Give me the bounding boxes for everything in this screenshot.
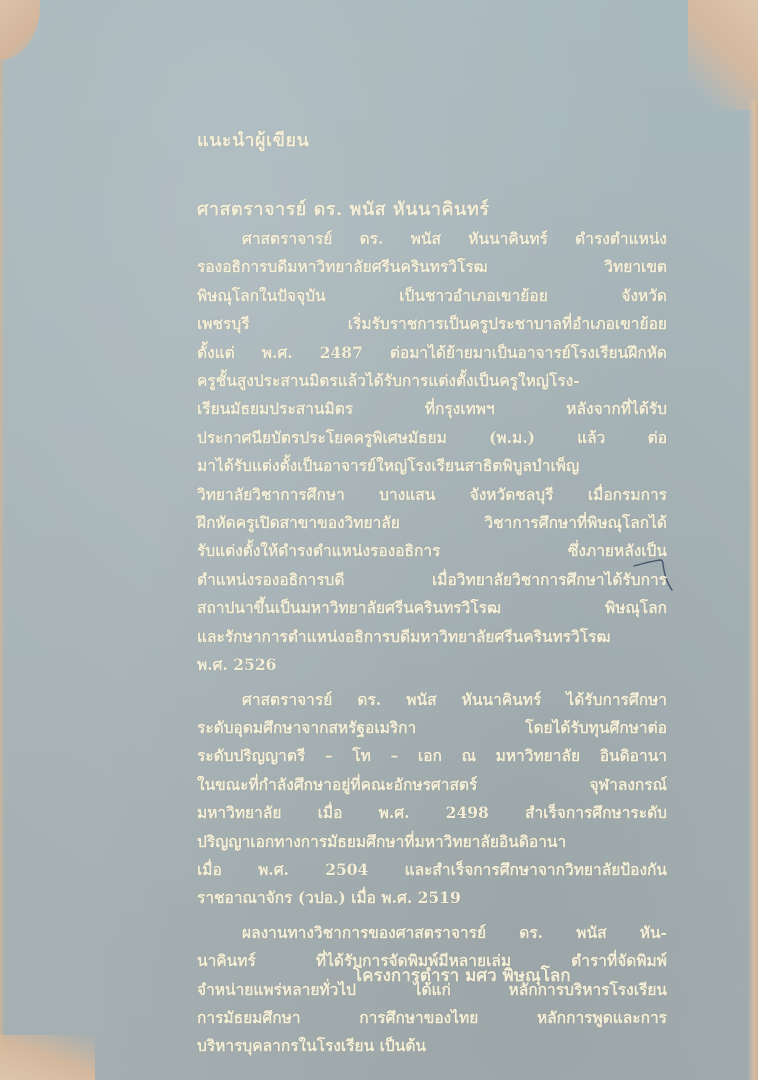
worn-left-edge <box>0 60 5 1060</box>
author-bio: แนะนำผู้เขียน ศาสตราจารย์ ดร. พนัส หันนา… <box>197 125 667 1061</box>
text-line: รองอธิการบดีมหาวิทยาลัยศรีนครินทรวิโรฒ ว… <box>197 253 667 281</box>
worn-bottom-left-corner <box>0 1035 95 1080</box>
text-line: พ.ศ. 2526 <box>197 651 667 679</box>
text-line: ตำแหน่งรองอธิการบดี เมื่อวิทยาลัยวิชาการ… <box>197 566 667 594</box>
text-line: ครูชั้นสูงประสานมิตรแล้วได้รับการแต่งตั้… <box>197 367 667 395</box>
text-line: และรักษาการตำแหน่งอธิการบดีมหาวิทยาลัยศร… <box>197 623 667 651</box>
bio-paragraph-education: ศาสตราจารย์ ดร. พนัส หันนาคินทร์ ได้รับก… <box>197 686 667 913</box>
publisher-signature: โครงการตำรา มศว พิษณุโลก <box>353 962 571 989</box>
text-line: บริหารบุคลากรในโรงเรียน เป็นต้น <box>197 1032 667 1060</box>
text-line: ตั้งแต่ พ.ศ. 2487 ต่อมาได้ย้ายมาเป็นอาจา… <box>197 339 667 367</box>
text-line: ศาสตราจารย์ ดร. พนัส หันนาคินทร์ ดำรงตำแ… <box>197 225 667 253</box>
text-line: ราชอาณาจักร (วปอ.) เมื่อ พ.ศ. 2519 <box>197 884 667 912</box>
author-name: ศาสตราจารย์ ดร. พนัส หันนาคินทร์ <box>197 194 667 223</box>
text-line: เพชรบุรี เริ่มรับราชการเป็นครูประชาบาลที… <box>197 310 667 338</box>
text-line: ปริญญาเอกทางการมัธยมศึกษาที่มหาวิทยาลัยอ… <box>197 828 667 856</box>
text-line: ฝึกหัดครูเปิดสาขาของวิทยาลัย วิชาการศึกษ… <box>197 509 667 537</box>
text-line: พิษณุโลกในปัจจุบัน เป็นชาวอำเภอเขาย้อย จ… <box>197 282 667 310</box>
worn-right-edge <box>748 100 758 1080</box>
text-line: ประกาศนียบัตรประโยคครูพิเศษมัธยม (พ.ม.) … <box>197 424 667 452</box>
text-line: เรียนมัธยมประสานมิตร ที่กรุงเทพฯ หลังจาก… <box>197 395 667 423</box>
text-line: สถาปนาขึ้นเป็นมหาวิทยาลัยศรีนครินทรวิโรฒ… <box>197 594 667 622</box>
text-line: เมื่อ พ.ศ. 2504 และสำเร็จการศึกษาจากวิทย… <box>197 856 667 884</box>
text-line: มหาวิทยาลัย เมื่อ พ.ศ. 2498 สำเร็จการศึก… <box>197 799 667 827</box>
text-line: รับแต่งตั้งให้ดำรงตำแหน่งรองอธิการ ซึ่งภ… <box>197 537 667 565</box>
book-back-cover: แนะนำผู้เขียน ศาสตราจารย์ ดร. พนัส หันนา… <box>0 0 758 1080</box>
text-line: การมัธยมศึกษา การศึกษาของไทย หลักการพูดแ… <box>197 1004 667 1032</box>
text-line: ระดับอุดมศึกษาจากสหรัฐอเมริกา โดยได้รับท… <box>197 714 667 742</box>
section-heading: แนะนำผู้เขียน <box>197 125 667 154</box>
text-line: ศาสตราจารย์ ดร. พนัส หันนาคินทร์ ได้รับก… <box>197 686 667 714</box>
text-line: วิทยาลัยวิชาการศึกษา บางแสน จังหวัดชลบุร… <box>197 481 667 509</box>
worn-top-right-corner <box>688 0 758 110</box>
bio-paragraph-career: ศาสตราจารย์ ดร. พนัส หันนาคินทร์ ดำรงตำแ… <box>197 225 667 680</box>
bio-paragraph-publications: ผลงานทางวิชาการของศาสตราจารย์ ดร. พนัส ห… <box>197 919 667 1061</box>
worn-top-left-corner <box>0 0 40 60</box>
text-line: มาได้รับแต่งตั้งเป็นอาจารย์ใหญ่โรงเรียนส… <box>197 452 667 480</box>
text-line: ระดับปริญญาตรี – โท – เอก ณ มหาวิทยาลัย … <box>197 742 667 770</box>
text-line: ในขณะที่กำลังศึกษาอยู่ที่คณะอักษรศาสตร์ … <box>197 771 667 799</box>
text-line: ผลงานทางวิชาการของศาสตราจารย์ ดร. พนัส ห… <box>197 919 667 947</box>
